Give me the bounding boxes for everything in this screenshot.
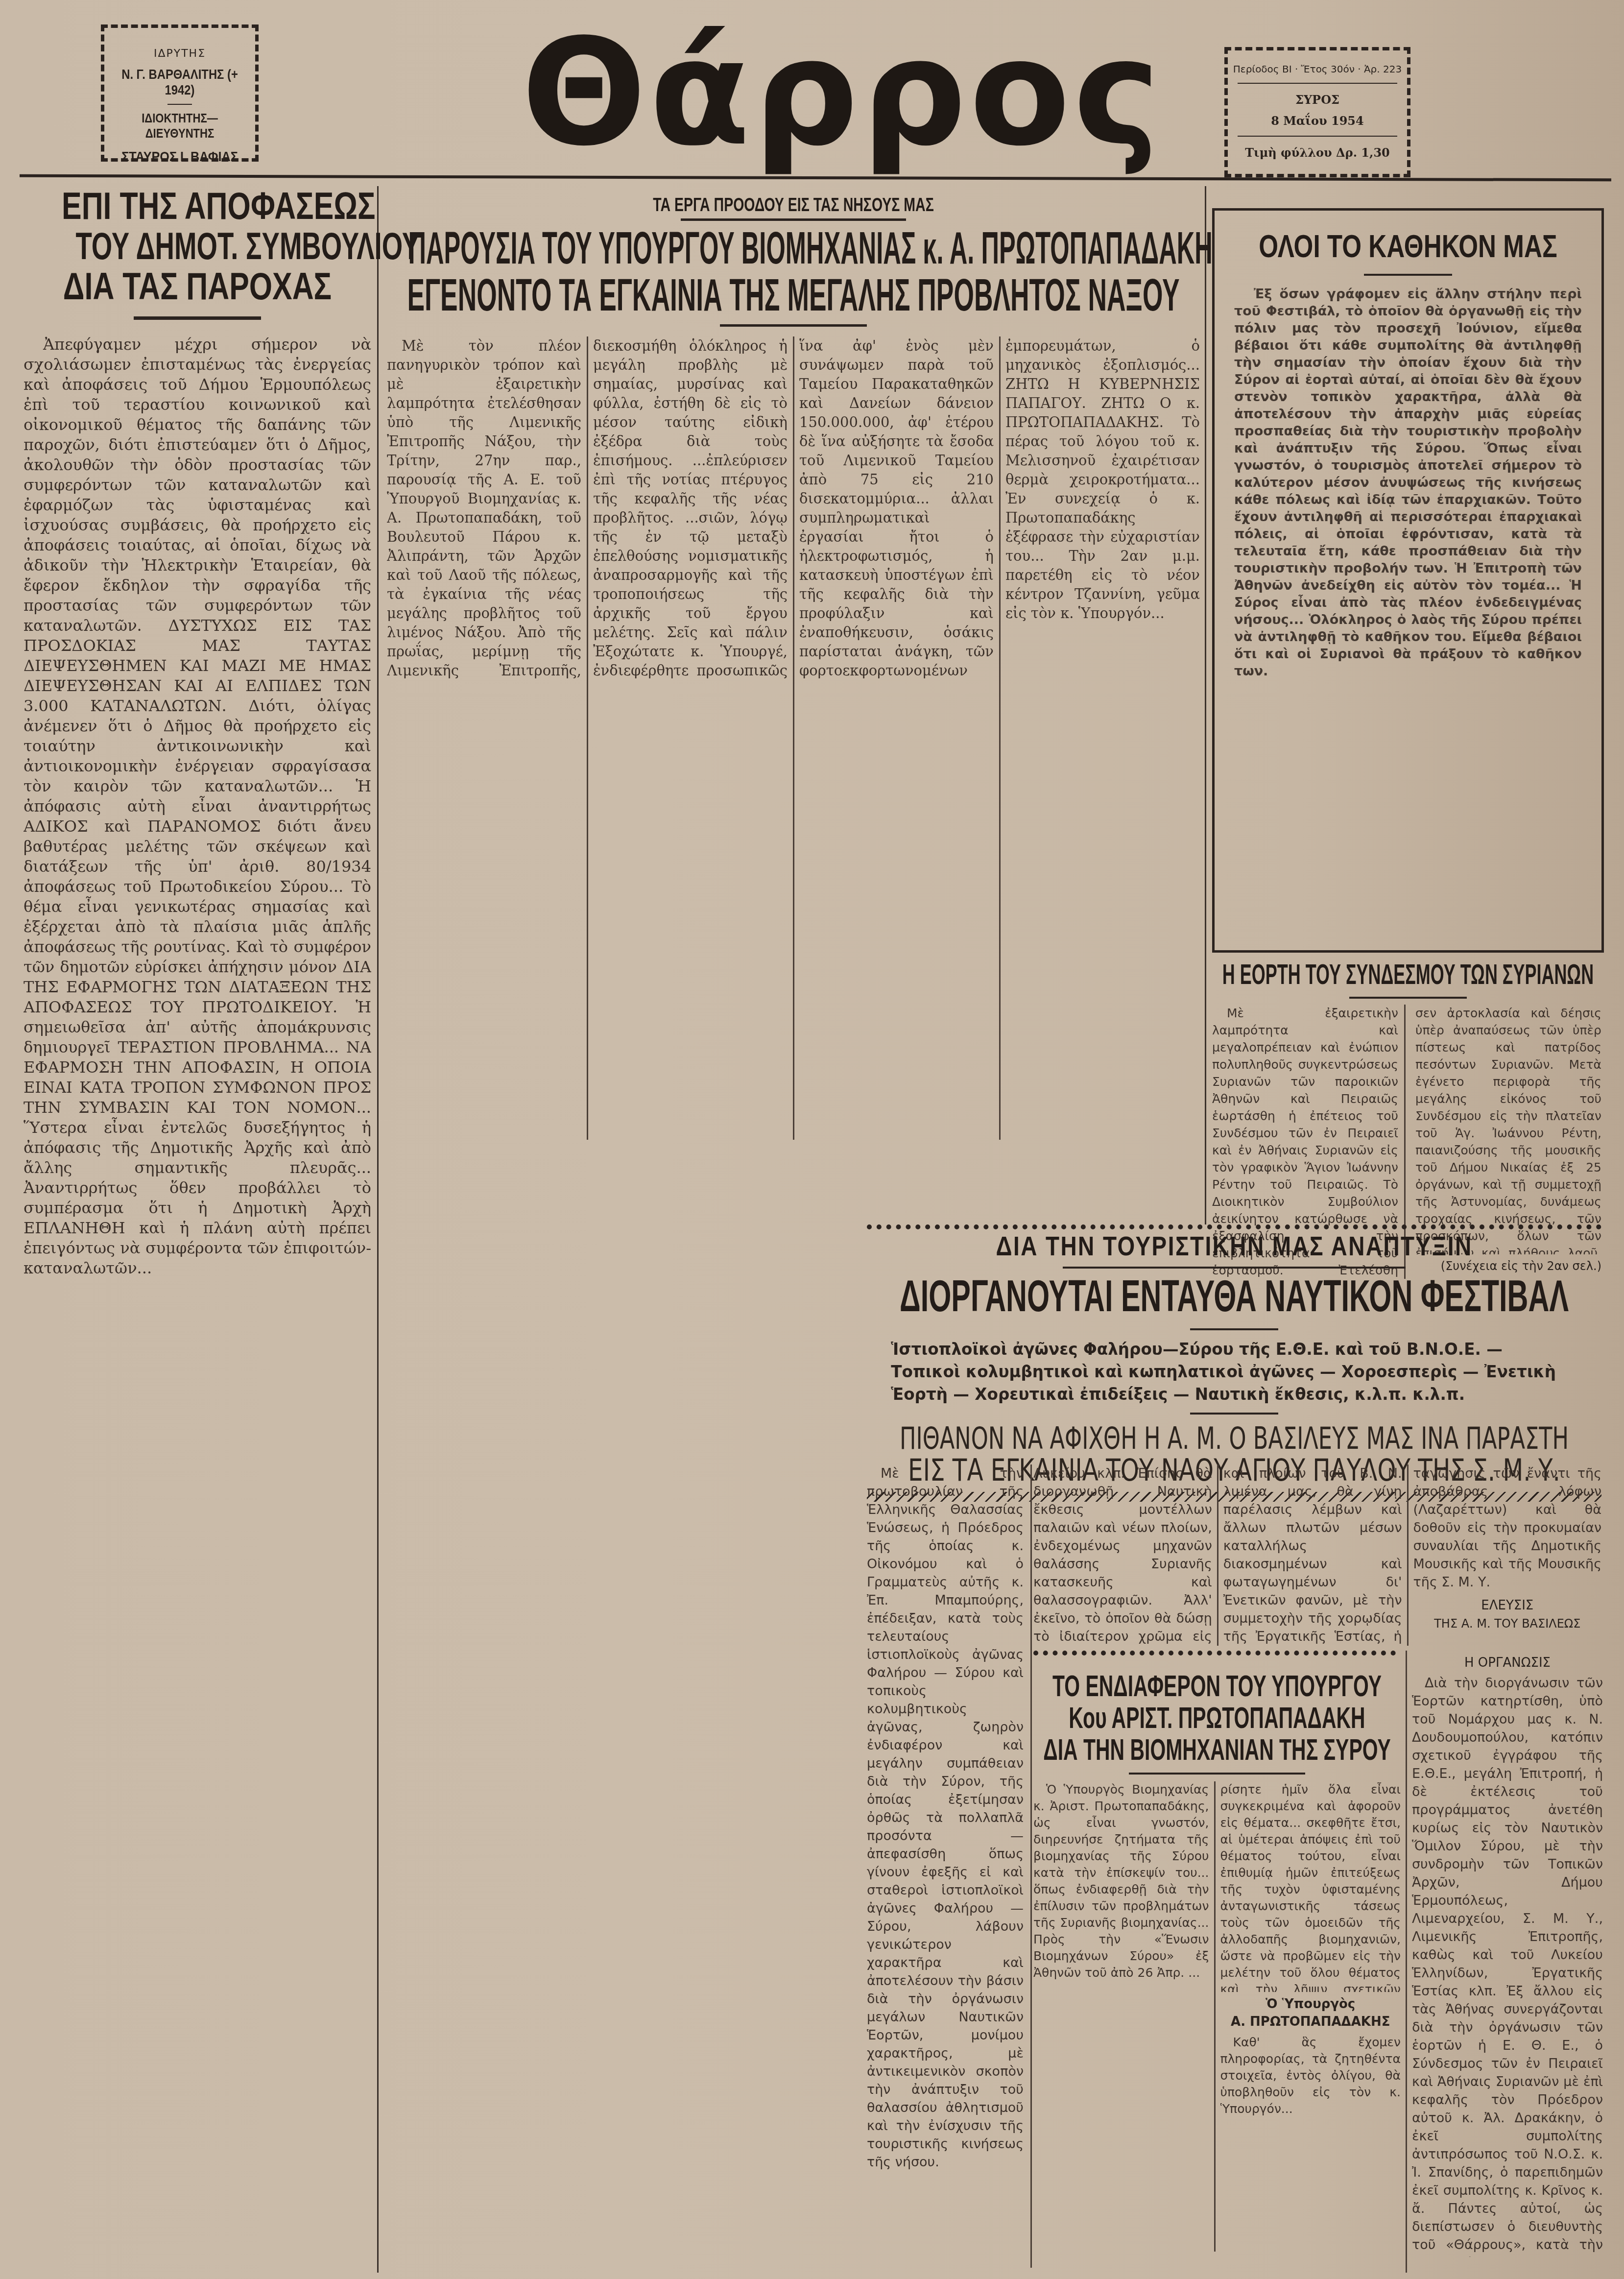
headline-naxos: ΠΑΡΟΥΣΙΑ ΤΟΥ ΥΠΟΥΡΓΟΥ ΒΙΟΜΗΧΑΝΙΑΣ κ. Α. … — [387, 225, 1200, 319]
subhead-organization: Η ΟΡΓΑΝΩΣΙΣ — [1412, 1655, 1603, 1670]
headline-kathikon: ΟΛΟΙ ΤΟ ΚΑΘΗΚΟΝ ΜΑΣ — [1230, 230, 1586, 263]
kicker-naxos: ΤΑ ΕΡΓΑ ΠΡΟΟΔΟΥ ΕΙΣ ΤΑΣ ΝΗΣΟΥΣ ΜΑΣ — [489, 196, 1099, 216]
syndesmos-col-2: σεν ἀρτοκλασία καὶ δέησις ὑπὲρ ἀναπαύσεω… — [1415, 1005, 1601, 1254]
headline-paroxes: ΕΠΙ ΤΗΣ ΑΠΟΦΑΣΕΩΣ ΤΟΥ ΔΗΜΟΤ. ΣΥΜΒΟΥΛΙΟΥ … — [24, 186, 371, 307]
article-paroxes: ΕΠΙ ΤΗΣ ΑΠΟΦΑΣΕΩΣ ΤΟΥ ΔΗΜΟΤ. ΣΥΜΒΟΥΛΙΟΥ … — [24, 186, 371, 2132]
minister-col-2b: Καθ' ἃς ἔχομεν πληροφορίας, τὰ ζητηθέντα… — [1220, 2034, 1401, 2230]
headline-minister-interest: ΤΟ ΕΝΔΙΑΦΕΡΟΝ ΤΟΥ ΥΠΟΥΡΓΟΥ Κου ΑΡΙΣΤ. ΠΡ… — [1033, 1670, 1401, 1766]
article-body: Ἐξ ὅσων γράφομεν εἰς ἄλλην στήλην περὶ τ… — [1234, 286, 1582, 903]
founder-box: ΙΔΡΥΤΗΣ Ν. Γ. ΒΑΡΘΑΛΙΤΗΣ (+ 1942) ΙΔΙΟΚΤ… — [101, 24, 259, 162]
city: ΣΥΡΟΣ — [1228, 93, 1407, 107]
festival-col-1: Μὲ τὴν πρωτοβουλίαν τῆς Ἑλληνικῆς Θαλασσ… — [867, 1464, 1032, 2268]
owner-label: ΙΔΙΟΚΤΗΤΗΣ—ΔΙΕΥΘΥΝΤΗΣ — [116, 111, 244, 141]
festival-col-4c: Διὰ τὴν διοργάνωσιν τῶν Ἑορτῶν κατηρτίσθ… — [1412, 1674, 1603, 2257]
issue-price: Τιμὴ φύλλου Δρ. 1,30 — [1228, 145, 1407, 160]
signature-name: Α. ΠΡΩΤΟΠΑΠΑΔΑΚΗΣ — [1220, 2015, 1401, 2029]
article-kathikon: ΟΛΟΙ ΤΟ ΚΑΘΗΚΟΝ ΜΑΣ Ἐξ ὅσων γράφομεν εἰς… — [1212, 208, 1604, 953]
headline-syndesmos: Η ΕΟΡΤΗ ΤΟΥ ΣΥΝΔΕΣΜΟΥ ΤΩΝ ΣΥΡΙΑΝΩΝ — [1211, 960, 1605, 990]
article-minister-interest: ΤΟ ΕΝΔΙΑΦΕΡΟΝ ΤΟΥ ΥΠΟΥΡΓΟΥ Κου ΑΡΙΣΤ. ΠΡ… — [1033, 1670, 1401, 2252]
deck-festival: Ἱστιοπλοϊκοὶ ἀγῶνες Φαλήρου—Σύρου τῆς Ε.… — [882, 1338, 1587, 1406]
issue-number: Περίοδος ΒΙ · Ἔτος 30όν · Ἀρ. 223 — [1228, 63, 1407, 75]
founder-name: Ν. Γ. ΒΑΡΘΑΛΙΤΗΣ (+ 1942) — [116, 67, 244, 98]
article-body: Μὲ τὸν πλέον πανηγυρικὸν τρόπον καὶ μὲ ἐ… — [387, 336, 1200, 1140]
festival-col-4: ταγώγησις τῶν ἔναντι τῆς ἀποβάθρας λόφων… — [1413, 1464, 1601, 1591]
owner-name: ΣΤΑΥΡΟΣ Ι. ΒΑΦΙΑΣ — [112, 149, 247, 165]
issue-info-box: Περίοδος ΒΙ · Ἔτος 30όν · Ἀρ. 223 ΣΥΡΟΣ … — [1224, 47, 1410, 177]
subhead-eleusis: ΕΛΕΥΣΙΣ — [1413, 1598, 1601, 1613]
minister-col-2: ρίσητε ἡμῖν ὅλα εἶναι συγκεκριμένα καὶ ἀ… — [1220, 1781, 1401, 1992]
founder-label: ΙΔΡΥΤΗΣ — [104, 48, 255, 60]
subhead-king: ΤΗΣ Α. Μ. ΤΟΥ ΒΑΣΙΛΕΩΣ — [1413, 1617, 1601, 1631]
article-body: Ἀπεφύγαμεν μέχρι σήμερον νὰ σχολιάσωμεν … — [24, 335, 371, 2132]
headline-festival: ΔΙΟΡΓΑΝΟΥΤΑΙ ΕΝΤΑΥΘΑ ΝΑΥΤΙΚΟΝ ΦΕΣΤΙΒΑΛ — [862, 1273, 1606, 1320]
minister-col-1: Ὁ Ὑπουργὸς Βιομηχανίας κ. Ἀριστ. Πρωτοπα… — [1033, 1781, 1216, 2252]
kicker-festival: ΔΙΑ ΤΗΝ ΤΟΥΡΙΣΤΙΚΗΝ ΜΑΣ ΑΝΑΠΤΥΞΙΝ — [853, 1232, 1616, 1261]
newspaper-title: Θάρρος — [519, 0, 1166, 186]
issue-date: 8 Μαΐου 1954 — [1228, 114, 1407, 128]
newspaper-page: ΙΔΡΥΤΗΣ Ν. Γ. ΒΑΡΘΑΛΙΤΗΣ (+ 1942) ΙΔΙΟΚΤ… — [0, 0, 1624, 2279]
signature-role: Ὁ Ὑπουργὸς — [1220, 1997, 1401, 2012]
festival-col-2: Λυκείου κλπ. Ἐπίσης θὰ διοργανωθῇ Ναυτικ… — [1033, 1464, 1218, 1646]
article-naxos: ΤΑ ΕΡΓΑ ΠΡΟΟΔΟΥ ΕΙΣ ΤΑΣ ΝΗΣΟΥΣ ΜΑΣ ΠΑΡΟΥ… — [387, 196, 1200, 1140]
festival-col-3: καὶ πλοίων τοῦ Β. Ν. λιμένα μας, θὰ γίνῃ… — [1218, 1464, 1409, 1646]
